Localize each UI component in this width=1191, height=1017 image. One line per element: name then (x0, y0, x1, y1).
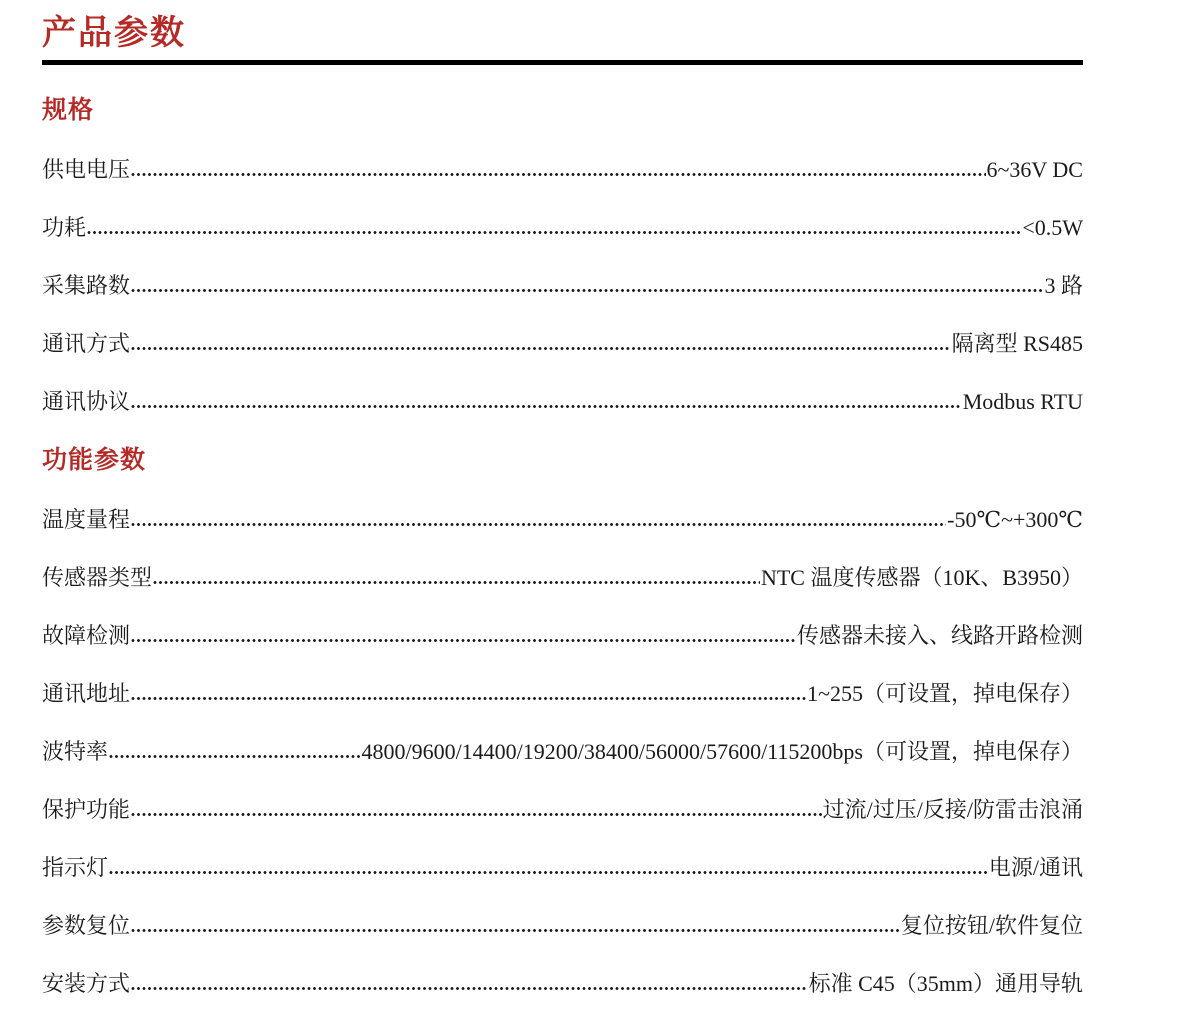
spec-row-protection: 保护功能 过流/过压/反接/防雷击浪涌 (42, 795, 1083, 825)
dot-leader (131, 638, 796, 643)
dot-leader (131, 404, 962, 409)
spec-value: -50℃~+300℃ (947, 505, 1083, 535)
spec-row-param-reset: 参数复位 复位按钮/软件复位 (42, 911, 1083, 941)
spec-value: 隔离型 RS485 (952, 329, 1083, 359)
spec-value: 1~255（可设置，掉电保存） (807, 679, 1083, 709)
section-heading-function-params: 功能参数 (42, 445, 1083, 477)
spec-label: 通讯协议 (42, 387, 130, 417)
spec-value: <0.5W (1022, 213, 1083, 243)
spec-row-mounting: 安装方式 标准 C45（35mm）通用导轨 (42, 969, 1083, 999)
spec-row-indicator-lights: 指示灯 电源/通讯 (42, 853, 1083, 883)
spec-row-supply-voltage: 供电电压 6~36V DC (42, 155, 1083, 185)
spec-row-fault-detection: 故障检测 传感器未接入、线路开路检测 (42, 621, 1083, 651)
spec-row-channels: 采集路数 3 路 (42, 271, 1083, 301)
dot-leader (131, 928, 900, 933)
spec-row-comm-protocol: 通讯协议 Modbus RTU (42, 387, 1083, 417)
title-underline-rule (42, 60, 1083, 65)
spec-value: 传感器未接入、线路开路检测 (797, 621, 1083, 651)
spec-label: 指示灯 (42, 853, 108, 883)
dot-leader (131, 986, 808, 991)
spec-value: 标准 C45（35mm）通用导轨 (809, 969, 1083, 999)
spec-label: 波特率 (42, 737, 108, 767)
spec-row-comm-method: 通讯方式 隔离型 RS485 (42, 329, 1083, 359)
spec-list-specs: 供电电压 6~36V DC 功耗 <0.5W 采集路数 3 路 通讯方式 隔离型… (42, 155, 1083, 417)
spec-row-sensor-type: 传感器类型 NTC 温度传感器（10K、B3950） (42, 563, 1083, 593)
spec-label: 故障检测 (42, 621, 130, 651)
spec-label: 安装方式 (42, 969, 130, 999)
spec-label: 通讯地址 (42, 679, 130, 709)
spec-value: 6~36V DC (987, 155, 1083, 185)
spec-label: 采集路数 (42, 271, 130, 301)
spec-label: 温度量程 (42, 505, 130, 535)
dot-leader (131, 696, 806, 701)
dot-leader (131, 522, 946, 527)
spec-row-power-consumption: 功耗 <0.5W (42, 213, 1083, 243)
spec-value: Modbus RTU (963, 387, 1083, 417)
dot-leader (153, 580, 760, 585)
spec-label: 功耗 (42, 213, 86, 243)
dot-leader (131, 812, 822, 817)
spec-label: 保护功能 (42, 795, 130, 825)
dot-leader (109, 870, 988, 875)
spec-row-comm-address: 通讯地址 1~255（可设置，掉电保存） (42, 679, 1083, 709)
spec-label: 传感器类型 (42, 563, 152, 593)
spec-list-function-params: 温度量程 -50℃~+300℃ 传感器类型 NTC 温度传感器（10K、B395… (42, 505, 1083, 999)
document-page: 产品参数 规格 供电电压 6~36V DC 功耗 <0.5W 采集路数 3 路 … (0, 0, 1191, 1017)
spec-label: 参数复位 (42, 911, 130, 941)
page-title: 产品参数 (42, 10, 1083, 58)
section-heading-specs: 规格 (42, 95, 1083, 127)
dot-leader (87, 230, 1021, 235)
spec-row-baud-rate: 波特率 4800/9600/14400/19200/38400/56000/57… (42, 737, 1083, 767)
dot-leader (131, 346, 951, 351)
dot-leader (109, 754, 360, 759)
dot-leader (131, 172, 986, 177)
spec-value: 过流/过压/反接/防雷击浪涌 (823, 795, 1083, 825)
spec-label: 通讯方式 (42, 329, 130, 359)
spec-value: NTC 温度传感器（10K、B3950） (761, 563, 1083, 593)
spec-label: 供电电压 (42, 155, 130, 185)
spec-value: 电源/通讯 (989, 853, 1083, 883)
dot-leader (131, 288, 1043, 293)
spec-value: 复位按钮/软件复位 (901, 911, 1083, 941)
spec-value: 4800/9600/14400/19200/38400/56000/57600/… (361, 737, 1083, 767)
spec-value: 3 路 (1044, 271, 1083, 301)
spec-row-temp-range: 温度量程 -50℃~+300℃ (42, 505, 1083, 535)
